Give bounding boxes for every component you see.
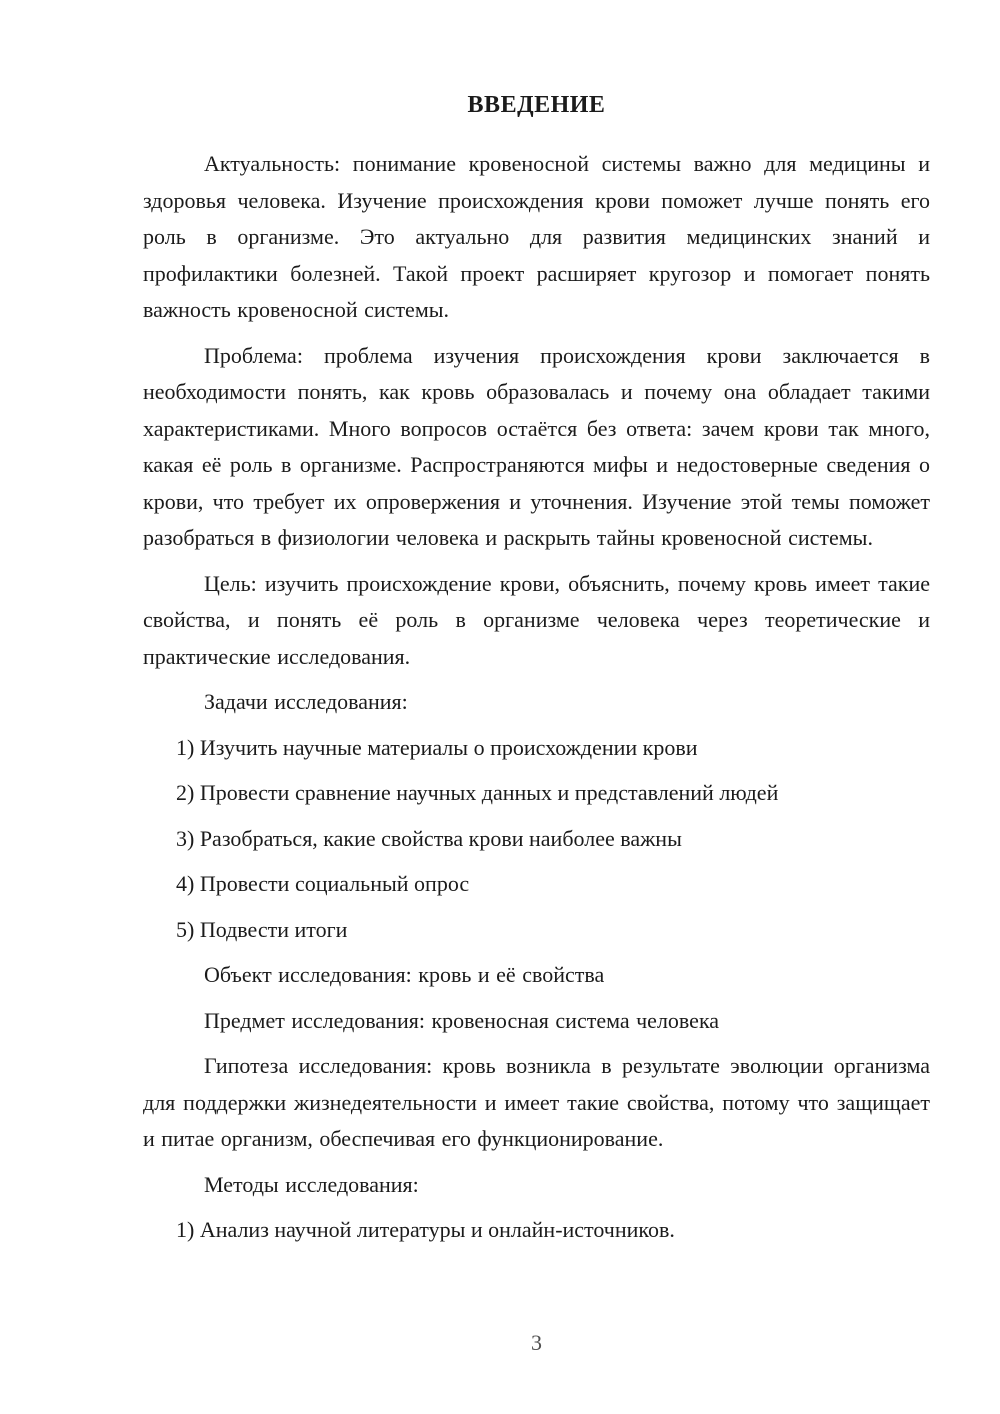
list-item: 5) Подвести итоги <box>143 912 930 949</box>
paragraph: Задачи исследования: <box>143 684 930 721</box>
paragraph: Предмет исследования: кровеносная систем… <box>143 1003 930 1040</box>
list-item: 3) Разобраться, какие свойства крови наи… <box>143 821 930 858</box>
list-item: 1) Анализ научной литературы и онлайн-ис… <box>143 1212 930 1249</box>
document-page: ВВЕДЕНИЕ Актуальность: понимание кровено… <box>0 0 1000 1414</box>
page-title: ВВЕДЕНИЕ <box>143 90 930 120</box>
paragraph: Проблема: проблема изучения происхождени… <box>143 338 930 557</box>
paragraph: Цель: изучить происхождение крови, объяс… <box>143 566 930 676</box>
list-item: 2) Провести сравнение научных данных и п… <box>143 775 930 812</box>
paragraph: Гипотеза исследования: кровь возникла в … <box>143 1048 930 1158</box>
page-number: 3 <box>143 1328 930 1358</box>
list-item: 4) Провести социальный опрос <box>143 866 930 903</box>
paragraph: Объект исследования: кровь и её свойства <box>143 957 930 994</box>
document-body: ВВЕДЕНИЕ Актуальность: понимание кровено… <box>143 90 930 1258</box>
list-item: 1) Изучить научные материалы о происхожд… <box>143 730 930 767</box>
paragraph: Актуальность: понимание кровеносной сист… <box>143 146 930 329</box>
paragraph: Методы исследования: <box>143 1167 930 1204</box>
